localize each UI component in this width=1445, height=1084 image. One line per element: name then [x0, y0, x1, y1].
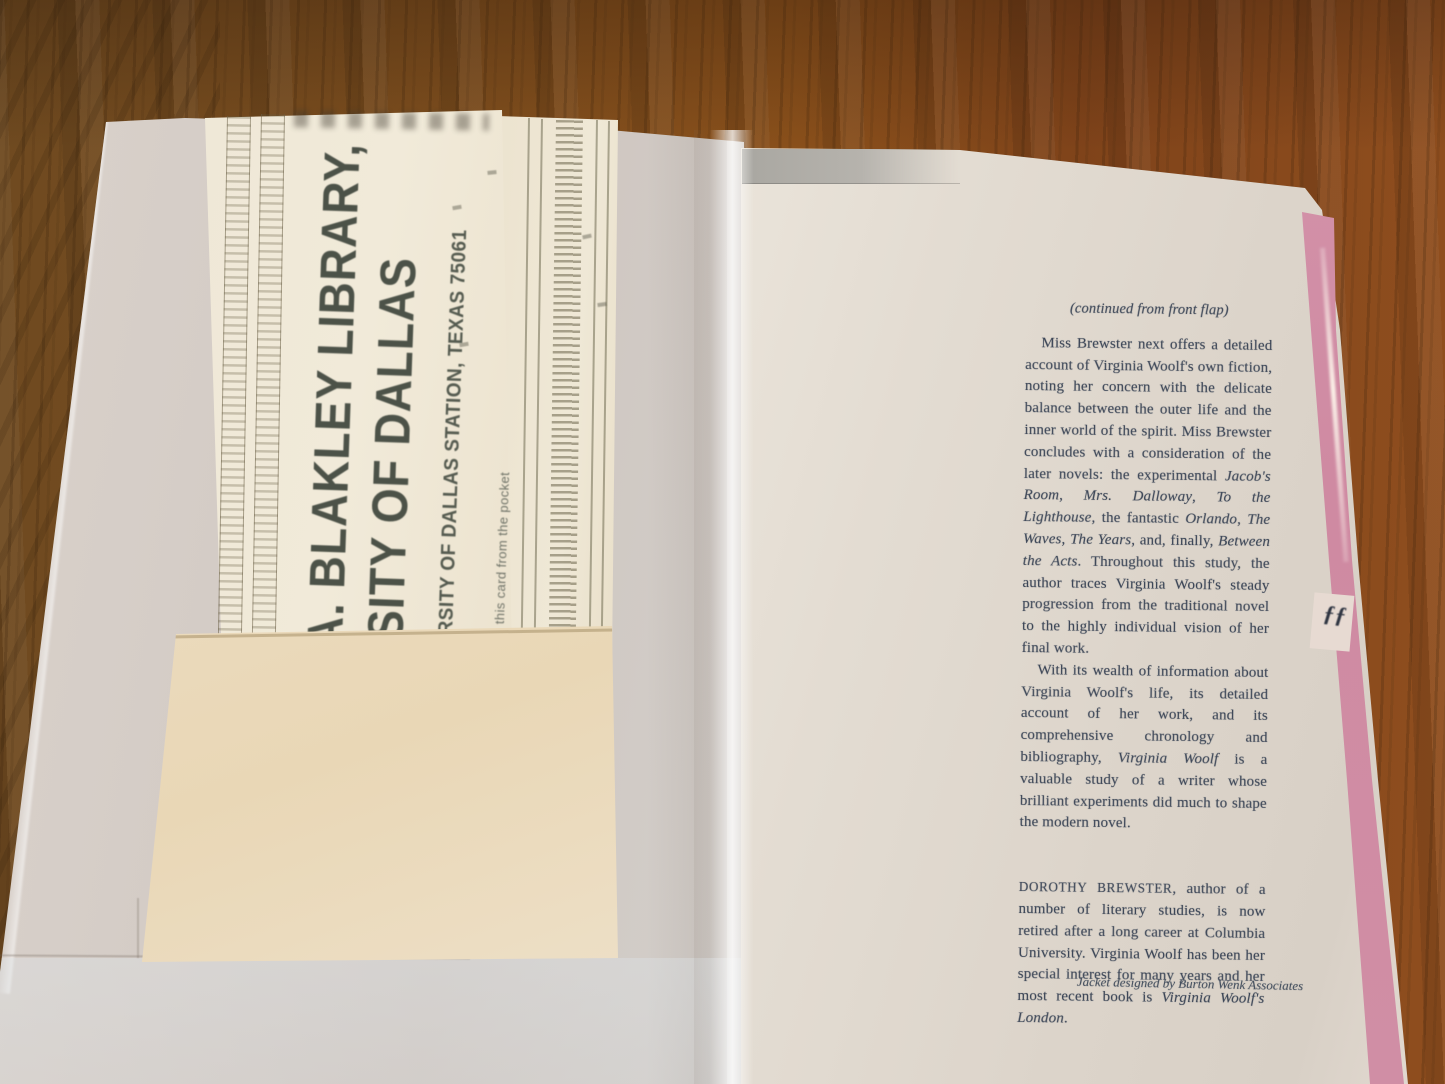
- flap-header: (continued from front flap): [1026, 298, 1273, 323]
- lower-page-sheen: [0, 958, 745, 1084]
- book-card-pocket: [130, 620, 630, 970]
- flap-text-column: (continued from front flap) Miss Brewste…: [1017, 298, 1273, 1033]
- spine-monogram: ƒƒ: [1312, 600, 1357, 645]
- page-crease-vertical: [137, 898, 139, 958]
- faded-stamp-smudge: [294, 110, 489, 130]
- library-ownership-stamp: A. BLAKLEY LIBRARY, UNIVERSITY OF DALLAS…: [299, 142, 477, 654]
- flap-paragraph-1: Miss Brewster next offers a detailed acc…: [1022, 333, 1273, 663]
- gutter-highlight: [694, 130, 764, 1084]
- cover-cloth-strip: [742, 149, 960, 184]
- photo-open-library-book: A. BLAKLEY LIBRARY, UNIVERSITY OF DALLAS…: [0, 0, 1445, 1084]
- flap-paragraph-2: With its wealth of information about Vir…: [1019, 660, 1268, 837]
- page-edge-highlight: [0, 118, 108, 994]
- author-bio-paragraph: DOROTHY BREWSTER, author of a number of …: [1017, 876, 1266, 1033]
